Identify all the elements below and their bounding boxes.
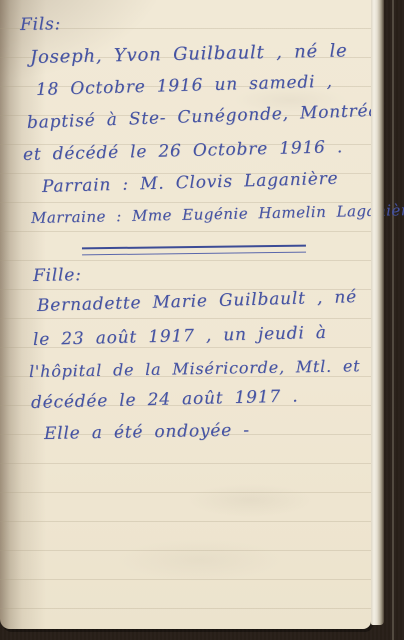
notebook-page: Fils: Joseph, Yvon Guilbault , né le 18 … xyxy=(0,0,371,629)
handwriting-line: et décédé le 26 Octobre 1916 . xyxy=(23,137,344,165)
handwriting-line: décédée le 24 août 1917 . xyxy=(31,386,299,413)
section-heading-fils: Fils: xyxy=(20,14,61,35)
handwriting-line: baptisé à Ste- Cunégonde, Montréal xyxy=(27,100,386,133)
page-edge-stack xyxy=(371,0,384,625)
section-separator-rule xyxy=(82,245,306,256)
book-cover-seam xyxy=(392,0,394,640)
photographed-notebook: Fils: Joseph, Yvon Guilbault , né le 18 … xyxy=(0,0,404,640)
handwriting-line: Elle a été ondoyée - xyxy=(44,420,250,444)
handwriting-line: le 23 août 1917 , un jeudi à xyxy=(33,323,327,350)
handwriting-line: l'hôpital de la Miséricorde, Mtl. et xyxy=(29,356,361,381)
section-heading-fille: Fille: xyxy=(33,265,82,286)
handwriting-line: Bernadette Marie Guilbault , né xyxy=(37,287,357,316)
handwriting-line: Marraine : Mme Eugénie Hamelin Laganière xyxy=(31,201,404,227)
handwriting-line: Parrain : M. Clovis Laganière xyxy=(42,169,339,197)
handwriting-line: 18 Octobre 1916 un samedi , xyxy=(36,72,333,100)
handwriting-line: Joseph, Yvon Guilbault , né le xyxy=(30,40,348,68)
